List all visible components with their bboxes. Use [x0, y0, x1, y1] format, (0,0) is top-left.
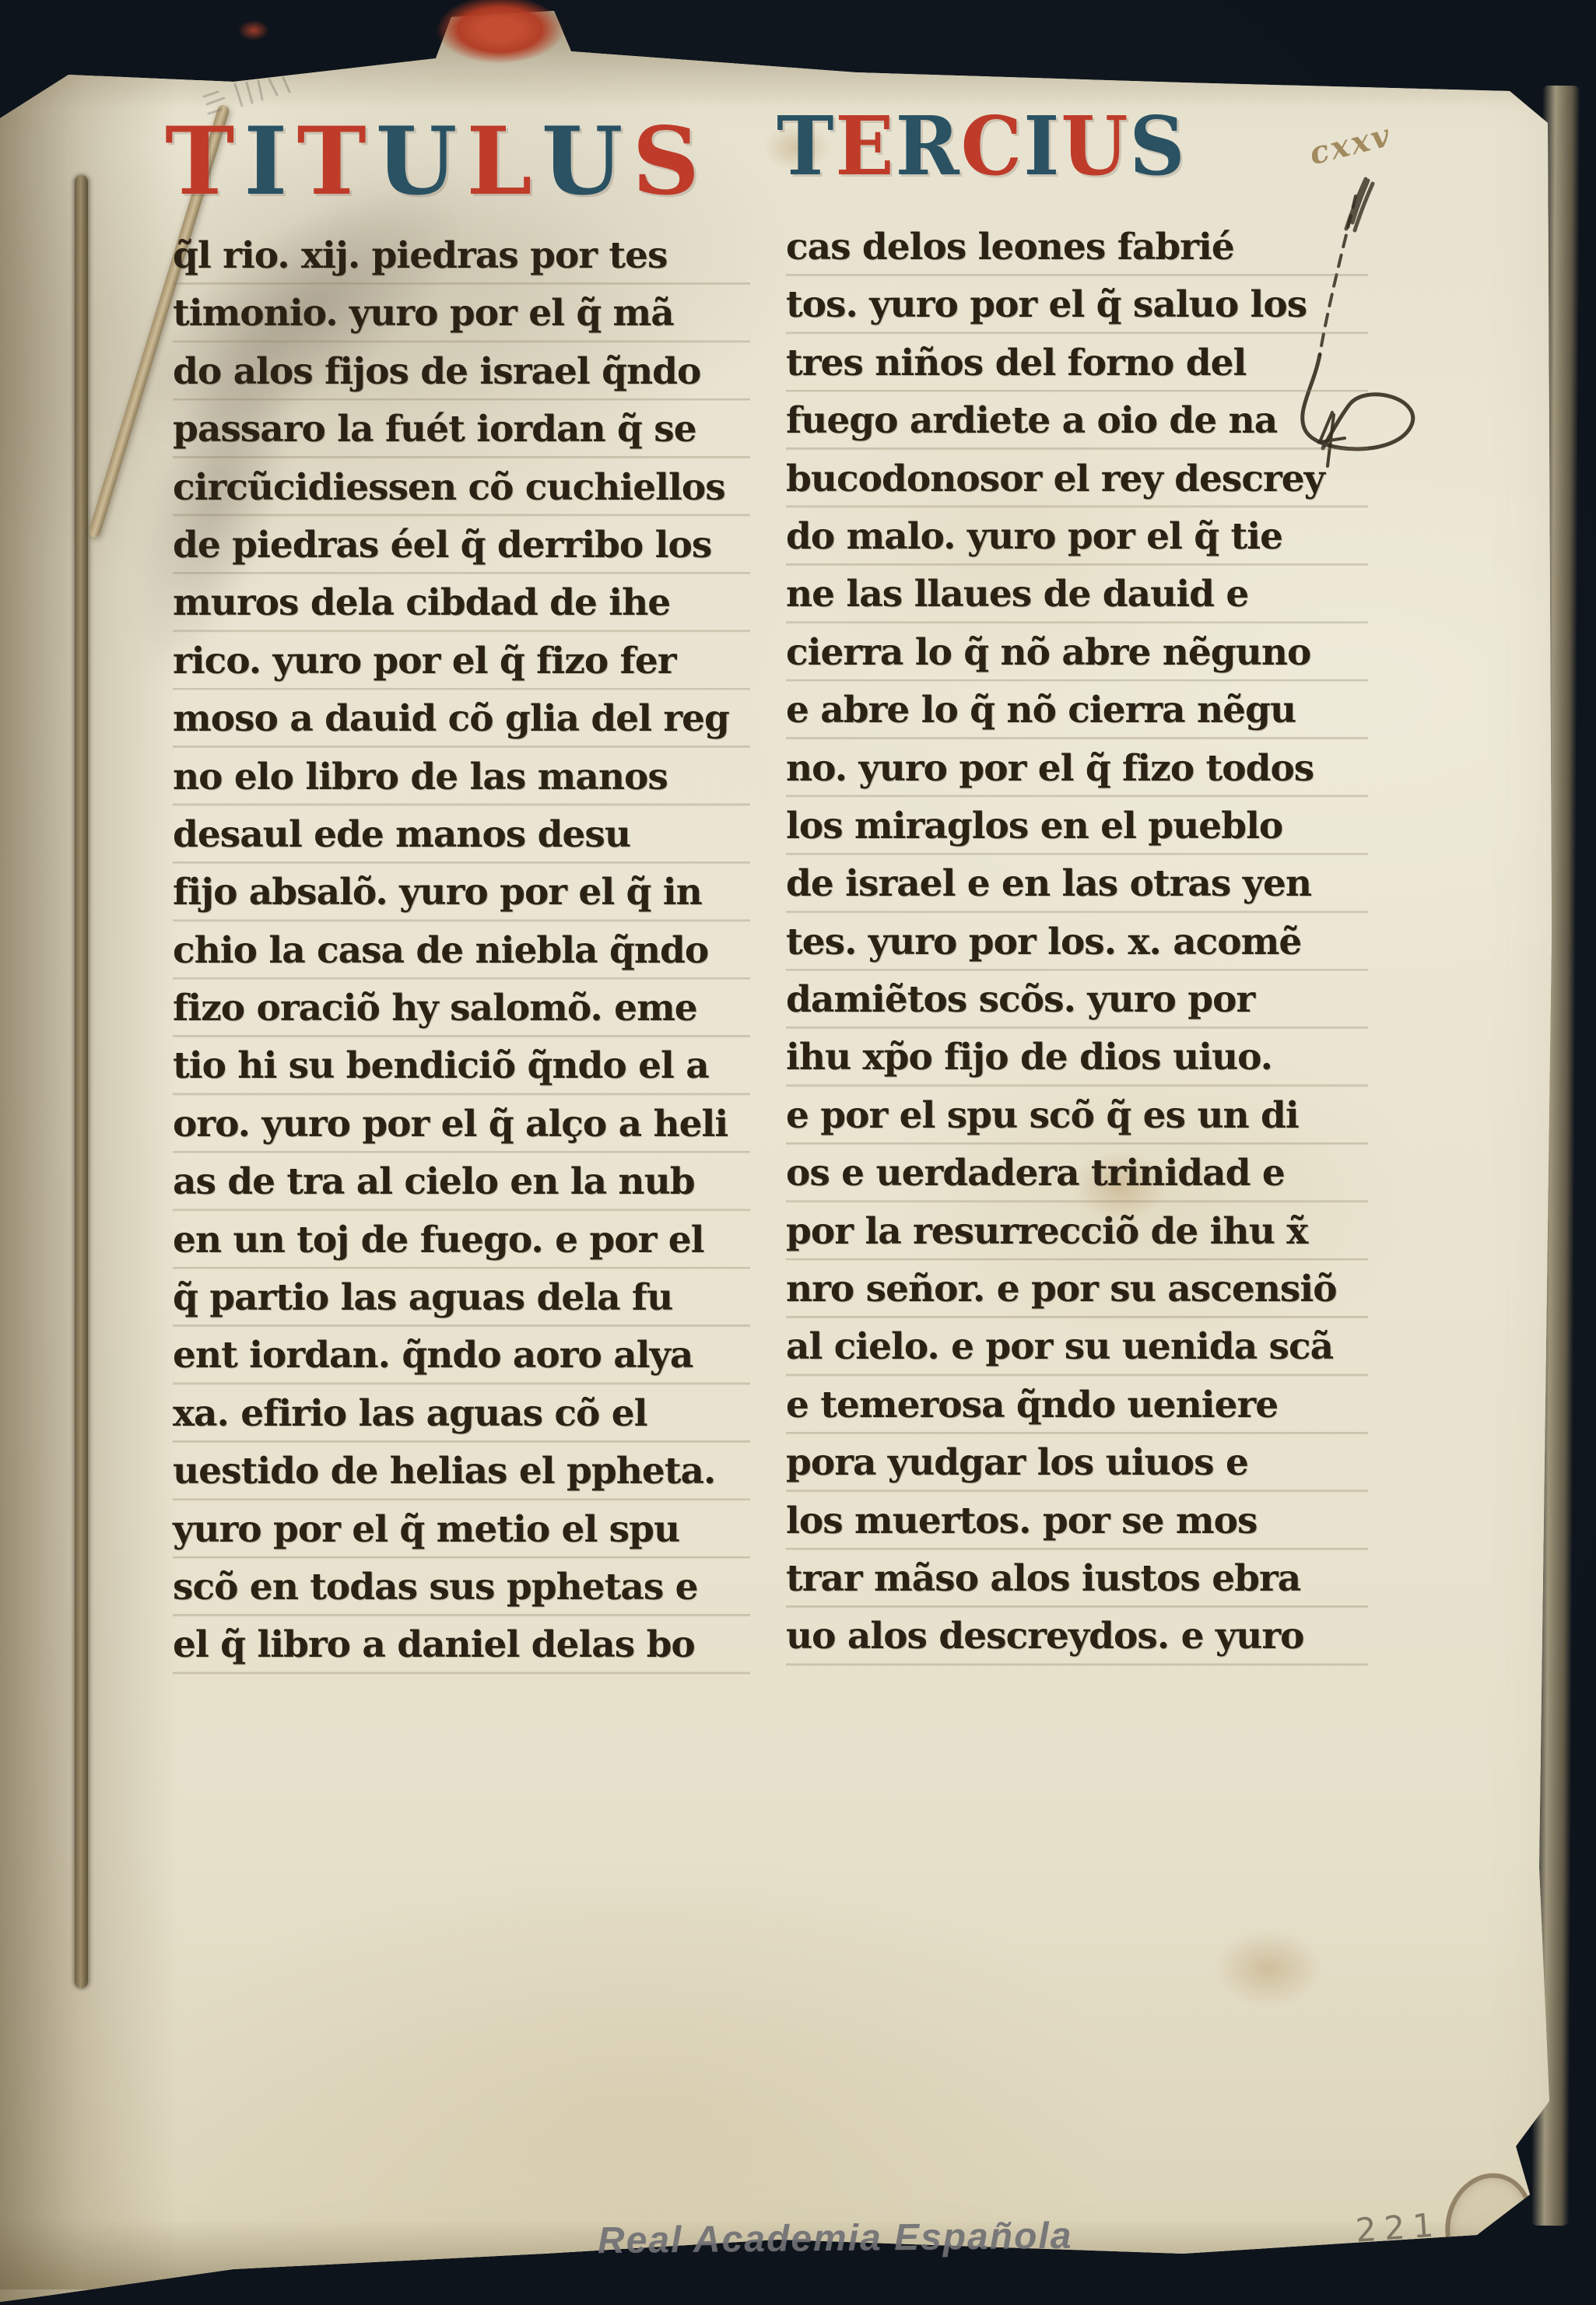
right-column: cas delos leones fabriétos. yuro por el …: [786, 219, 1368, 1666]
manuscript-text-line: por la resurrecciõ de ihu x̃: [786, 1203, 1368, 1261]
manuscript-text-line: e temerosa q̃ndo ueniere: [786, 1377, 1368, 1434]
manuscript-text-line: no elo libro de las manos: [173, 749, 750, 806]
manuscript-text-line: e abre lo q̃ nõ cierra nẽgu: [786, 682, 1368, 739]
photographed-manuscript-page: TITULUS TERCIUS cxxv q̃l rio. xij. piedr…: [0, 0, 1596, 2305]
lombardic-letter: I: [1023, 106, 1061, 187]
manuscript-text-line: de israel e en las otras yen: [786, 855, 1368, 913]
manuscript-text-line: rico. yuro por el q̃ fizo fer: [173, 633, 750, 690]
parchment-leaf: TITULUS TERCIUS cxxv q̃l rio. xij. piedr…: [0, 0, 1596, 2305]
manuscript-text-line: circũcidiessen cõ cuchiellos: [173, 459, 750, 517]
manuscript-text-line: yuro por el q̃ metio el spu: [173, 1501, 750, 1559]
lombardic-letter: E: [835, 106, 895, 187]
manuscript-text-line: en un toj de fuego. e por el: [173, 1212, 750, 1269]
manuscript-text-line: scõ en todas sus pphetas e: [173, 1559, 750, 1616]
lombardic-letter: U: [1061, 106, 1129, 187]
lombardic-letter: R: [896, 106, 961, 187]
manuscript-text-line: cierra lo q̃ nõ abre nẽguno: [786, 624, 1368, 682]
manuscript-text-line: as de tra al cielo en la nub: [173, 1153, 750, 1211]
lombardic-letter: L: [466, 115, 541, 209]
manuscript-text-line: pora yudgar los uiuos e: [786, 1434, 1368, 1492]
manuscript-text-line: moso a dauid cõ glia del reg: [173, 690, 750, 748]
manuscript-text-line: ihu xp̃o fijo de dios uiuo.: [786, 1029, 1368, 1086]
manuscript-text-line: xa. efirio las aguas cõ el: [173, 1385, 750, 1443]
lombardic-letter: U: [376, 115, 467, 209]
manuscript-text-line: ent iordan. q̃ndo aoro alya: [173, 1327, 750, 1384]
manuscript-text-line: q̃l rio. xij. piedras por tes: [173, 227, 750, 285]
manuscript-text-line: tes. yuro por los. x. acomẽ: [786, 914, 1368, 971]
lombardic-letter: C: [961, 106, 1024, 187]
manuscript-text-line: uo alos descreydos. e yuro: [786, 1608, 1368, 1665]
lombardic-letter: T: [296, 115, 375, 209]
parchment-stain-spot: [1214, 1930, 1323, 2008]
red-paint-stain-small: [238, 20, 269, 40]
manuscript-text-line: bucodonosor el rey descrey: [786, 451, 1368, 508]
manuscript-text-line: muros dela cibdad de ihe: [173, 574, 750, 632]
manuscript-text-line: e por el spu scõ q̃ es un di: [786, 1087, 1368, 1145]
manuscript-text-line: tres niños del forno del: [786, 335, 1368, 392]
manuscript-text-line: do malo. yuro por el q̃ tie: [786, 508, 1368, 566]
lombardic-letter: I: [244, 115, 296, 209]
folio-number: 221: [1354, 2205, 1442, 2250]
manuscript-text-line: passaro la fuét iordan q̃ se: [173, 401, 750, 458]
manuscript-text-line: nro señor. e por su ascensiõ: [786, 1261, 1368, 1318]
manuscript-text-line: ne las llaues de dauid e: [786, 566, 1368, 623]
lombardic-letter: T: [777, 106, 835, 187]
manuscript-text-line: uestido de helias el ppheta.: [173, 1443, 750, 1500]
library-watermark: Real Academia Española: [598, 2215, 1073, 2262]
lombardic-letter: S: [1129, 106, 1186, 187]
manuscript-text-line: os e uerdadera trinidad e: [786, 1145, 1368, 1202]
binding-sewing-cord: [75, 175, 88, 1988]
manuscript-text-line: tos. yuro por el q̃ saluo los: [786, 276, 1368, 334]
manuscript-text-line: oro. yuro por el q̃ alço a heli: [173, 1096, 750, 1153]
manuscript-text-line: no. yuro por el q̃ fizo todos: [786, 740, 1368, 798]
lombardic-letter: U: [542, 115, 633, 209]
manuscript-text-line: chio la casa de niebla q̃ndo: [173, 922, 750, 980]
manuscript-text-line: do alos fijos de israel q̃ndo: [173, 343, 750, 401]
oval-ink-stain: [1434, 2163, 1544, 2286]
left-column: q̃l rio. xij. piedras por testimonio. yu…: [173, 227, 750, 1675]
manuscript-text-line: al cielo. e por su uenida scã: [786, 1318, 1368, 1376]
manuscript-text-line: tio hi su bendiciõ q̃ndo el a: [173, 1037, 750, 1095]
manuscript-text-line: los muertos. por se mos: [786, 1493, 1368, 1550]
header-title-right: TERCIUS: [777, 106, 1187, 187]
header-title-left: TITULUS: [165, 115, 709, 209]
lombardic-letter: T: [165, 115, 244, 209]
manuscript-text-line: q̃ partio las aguas dela fu: [173, 1269, 750, 1327]
manuscript-text-line: damiẽtos scõs. yuro por: [786, 971, 1368, 1029]
manuscript-text-line: los miraglos en el pueblo: [786, 798, 1368, 855]
manuscript-text-line: fijo absalõ. yuro por el q̃ in: [173, 864, 750, 921]
manuscript-text-line: timonio. yuro por el q̃ mã: [173, 285, 750, 342]
manuscript-text-line: cas delos leones fabrié: [786, 219, 1368, 276]
manuscript-text-line: desaul ede manos desu: [173, 806, 750, 864]
lombardic-letter: S: [632, 115, 709, 209]
manuscript-text-line: el q̃ libro a daniel delas bo: [173, 1616, 750, 1674]
manuscript-text-line: de piedras éel q̃ derribo los: [173, 517, 750, 574]
manuscript-text-line: trar mãso alos iustos ebra: [786, 1550, 1368, 1608]
manuscript-text-line: fizo oraciõ hy salomõ. eme: [173, 980, 750, 1037]
manuscript-text-line: fuego ardiete a oio de na: [786, 392, 1368, 450]
